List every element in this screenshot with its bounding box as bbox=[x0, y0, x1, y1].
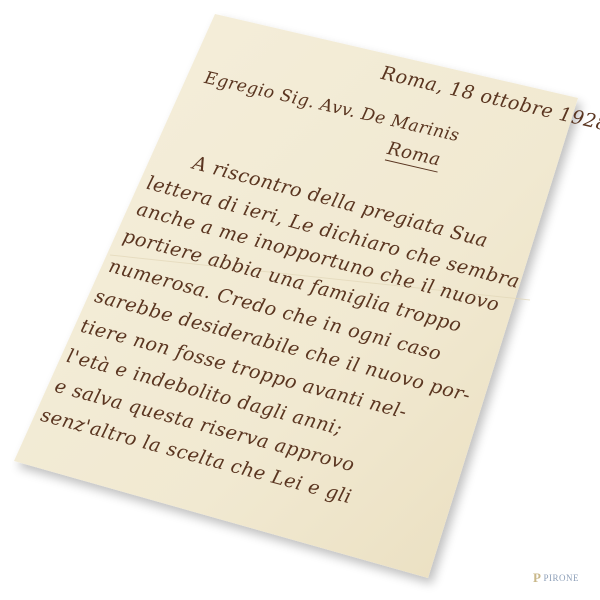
photo-stage: Roma, 18 ottobre 1928 Egregio Sig. Avv. … bbox=[0, 0, 600, 600]
pirone-watermark: P PIRONE bbox=[533, 571, 579, 584]
watermark-text: PIRONE bbox=[543, 573, 579, 583]
pirone-logo-icon: P bbox=[533, 571, 541, 584]
